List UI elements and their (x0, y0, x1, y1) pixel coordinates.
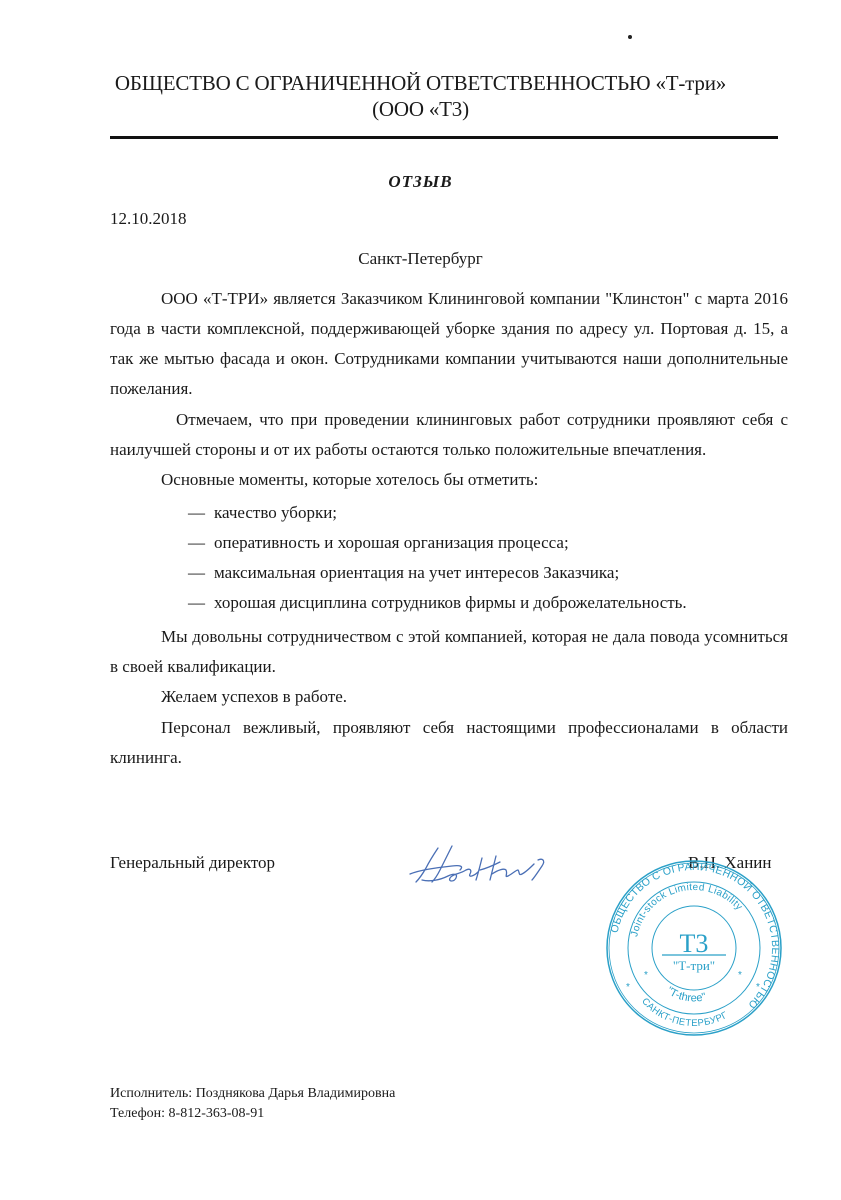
company-seal-icon: ОБЩЕСТВО С ОГРАНИЧЕННОЙ ОТВЕТСТВЕННОСТЬЮ… (604, 858, 784, 1038)
paragraph-5: Желаем успехов в работе. (110, 682, 788, 712)
list-item-text: хорошая дисциплина сотрудников фирмы и д… (214, 593, 687, 612)
highlights-list: —качество уборки; —оперативность и хорош… (188, 498, 687, 618)
footer: Исполнитель: Позднякова Дарья Владимиров… (110, 1084, 395, 1124)
paragraph-4: Мы довольны сотрудничеством с этой компа… (110, 622, 788, 682)
dash-marker: — (188, 498, 214, 528)
scan-speck (628, 35, 632, 39)
executor-line: Исполнитель: Позднякова Дарья Владимиров… (110, 1084, 395, 1104)
paragraph-6: Персонал вежливый, проявляют себя настоя… (110, 713, 788, 773)
paragraph-3: Основные моменты, которые хотелось бы от… (110, 465, 788, 495)
list-item-text: оперативность и хорошая организация проц… (214, 533, 569, 552)
org-name-line2: (ООО «Т3) (0, 96, 841, 122)
document-city: Санкт-Петербург (0, 249, 841, 269)
svg-text:Т3: Т3 (680, 929, 709, 958)
list-item-text: качество уборки; (214, 503, 337, 522)
svg-text:"T-three": "T-three" (664, 985, 707, 1005)
phone-line: Телефон: 8-812-363-08-91 (110, 1104, 395, 1124)
dash-marker: — (188, 588, 214, 618)
svg-text:*: * (644, 970, 648, 981)
dash-marker: — (188, 528, 214, 558)
signature-icon (400, 840, 570, 890)
svg-text:*: * (738, 970, 742, 981)
dash-marker: — (188, 558, 214, 588)
document-date: 12.10.2018 (110, 209, 187, 229)
paragraph-1: ООО «Т-ТРИ» является Заказчиком Клининго… (110, 284, 788, 404)
header-divider (110, 136, 778, 139)
signatory-position: Генеральный директор (110, 853, 275, 873)
list-item-text: максимальная ориентация на учет интересо… (214, 563, 619, 582)
list-item: —хорошая дисциплина сотрудников фирмы и … (188, 588, 687, 618)
list-item: —оперативность и хорошая организация про… (188, 528, 687, 558)
list-item: —максимальная ориентация на учет интерес… (188, 558, 687, 588)
svg-text:*: * (756, 982, 760, 993)
paragraph-2: Отмечаем, что при проведении клининговых… (110, 405, 788, 465)
org-name-line1: ОБЩЕСТВО С ОГРАНИЧЕННОЙ ОТВЕТСТВЕННОСТЬЮ… (115, 71, 726, 95)
svg-text:*: * (626, 982, 630, 993)
document-title: ОТЗЫВ (0, 172, 841, 192)
svg-text:"Т-три": "Т-три" (673, 958, 715, 973)
org-header: ОБЩЕСТВО С ОГРАНИЧЕННОЙ ОТВЕТСТВЕННОСТЬЮ… (0, 70, 841, 122)
list-item: —качество уборки; (188, 498, 687, 528)
